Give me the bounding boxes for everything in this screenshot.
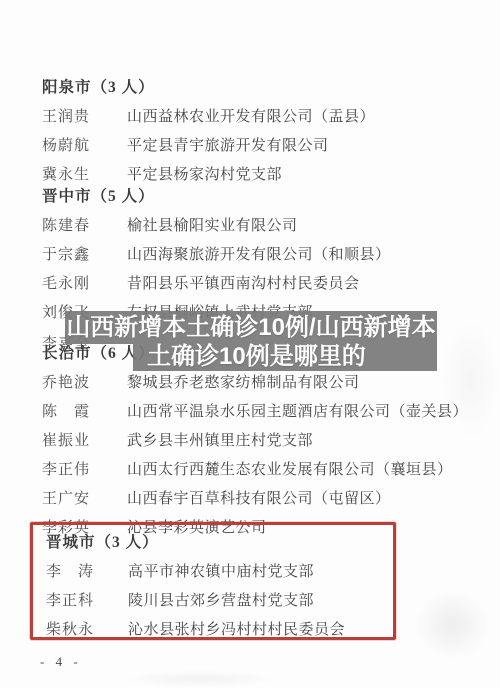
- scan-smudge: [120, 670, 280, 688]
- person-name: 毛永刚: [42, 272, 127, 293]
- org-name: 武乡县丰州镇里庄村党支部: [127, 429, 313, 450]
- person-name: 陈 霞: [42, 400, 127, 421]
- org-name: 高平市神农镇中庙村党支部: [128, 560, 314, 581]
- person-name: 于宗鑫: [42, 243, 127, 264]
- table-row: 于宗鑫 山西海聚旅游开发有限公司（和顺县）: [42, 240, 484, 266]
- table-row: 崔振业 武乡县丰州镇里庄村党支部: [42, 426, 484, 452]
- org-name: 沁水县张村乡冯村村村民委员会: [128, 618, 345, 639]
- person-name: 乔艳波: [42, 371, 127, 392]
- table-row: 王润贵 山西益林农业开发有限公司（盂县）: [42, 102, 484, 128]
- table-row: 李 涛 高平市神农镇中庙村党支部: [46, 557, 393, 583]
- table-row: 乔艳波 黎城县乔老憨家纺棉制品有限公司: [42, 368, 484, 394]
- org-name: 山西春宇百草科技有限公司（屯留区）: [127, 487, 391, 508]
- section-changzhi: 长治市（6 人） 乔艳波 黎城县乔老憨家纺棉制品有限公司 陈 霞 山西常平温泉水…: [42, 342, 484, 542]
- org-name: 黎城县乔老憨家纺棉制品有限公司: [127, 371, 360, 392]
- highlight-box: 晋城市（3 人） 李 涛 高平市神农镇中庙村党支部 李正科 陵川县古郊乡营盘村党…: [30, 522, 396, 640]
- person-name: 杨蔚航: [42, 134, 127, 155]
- org-name: 山西益林农业开发有限公司（盂县）: [127, 105, 375, 126]
- caption-overlay-line2: 土确诊10例是哪里的: [133, 344, 437, 371]
- city-header: 晋城市（3 人）: [46, 531, 393, 555]
- table-row: 王广安 山西春宇百草科技有限公司（屯留区）: [42, 484, 484, 510]
- document-page: 阳泉市（3 人） 王润贵 山西益林农业开发有限公司（盂县） 杨蔚航 平定县青宇旅…: [0, 0, 500, 688]
- org-name: 榆社县榆阳实业有限公司: [127, 214, 298, 235]
- org-name: 山西太行西麓生态农业发展有限公司（襄垣县）: [127, 458, 453, 479]
- person-name: 王广安: [42, 487, 127, 508]
- table-row: 毛永刚 昔阳县乐平镇西南沟村村民委员会: [42, 269, 484, 295]
- person-name: 李 涛: [46, 560, 128, 581]
- org-name: 平定县青宇旅游开发有限公司: [127, 134, 329, 155]
- table-row: 李正科 陵川县古郊乡营盘村党支部: [46, 586, 393, 612]
- org-name: 山西海聚旅游开发有限公司（和顺县）: [127, 243, 391, 264]
- scan-smudge: [415, 590, 490, 660]
- table-row: 柴秋永 沁水县张村乡冯村村村民委员会: [46, 615, 393, 641]
- table-row: 李正伟 山西太行西麓生态农业发展有限公司（襄垣县）: [42, 455, 484, 481]
- person-name: 王润贵: [42, 105, 127, 126]
- org-name: 平定县杨家沟村党支部: [127, 163, 282, 184]
- person-name: 陈建春: [42, 214, 127, 235]
- city-header: 阳泉市（3 人）: [42, 76, 484, 100]
- person-name: 崔振业: [42, 429, 127, 450]
- person-name: 李正科: [46, 589, 128, 610]
- person-name: 冀永生: [42, 163, 127, 184]
- table-row: 陈建春 榆社县榆阳实业有限公司: [42, 211, 484, 237]
- city-header: 晋中市（5 人）: [42, 185, 484, 209]
- org-name: 陵川县古郊乡营盘村党支部: [128, 589, 314, 610]
- org-name: 山西常平温泉水乐园主题酒店有限公司（壶关县）: [127, 400, 468, 421]
- org-name: 昔阳县乐平镇西南沟村村民委员会: [127, 272, 360, 293]
- section-yangquan: 阳泉市（3 人） 王润贵 山西益林农业开发有限公司（盂县） 杨蔚航 平定县青宇旅…: [42, 76, 484, 189]
- person-name: 柴秋永: [46, 618, 128, 639]
- caption-overlay-line1: 山西新增本土确诊10例/山西新增本: [65, 311, 437, 344]
- table-row: 冀永生 平定县杨家沟村党支部: [42, 160, 484, 186]
- person-name: 李正伟: [42, 458, 127, 479]
- table-row: 杨蔚航 平定县青宇旅游开发有限公司: [42, 131, 484, 157]
- page-number: - 4 -: [40, 654, 82, 670]
- table-row: 陈 霞 山西常平温泉水乐园主题酒店有限公司（壶关县）: [42, 397, 484, 423]
